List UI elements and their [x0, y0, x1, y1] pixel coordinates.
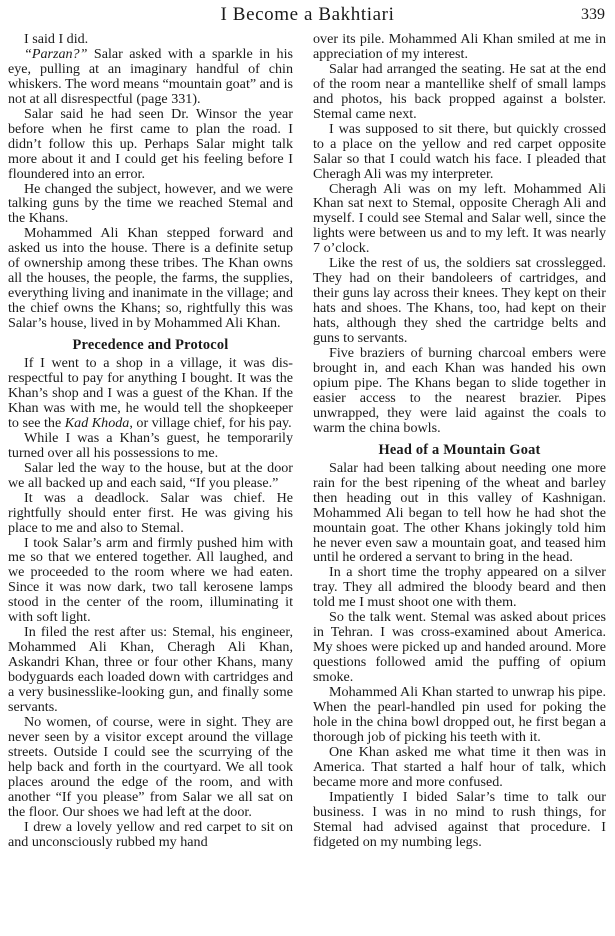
book-page: I Become a Bakhtiari 339 I said I did. “…: [0, 0, 615, 936]
paragraph-text: , or village chief, for his pay.: [129, 415, 291, 431]
paragraph: over its pile. Mohammed Ali Khan smiled …: [313, 32, 606, 62]
paragraph: “Parzan?” Salar asked with a sparkle in …: [8, 47, 293, 107]
paragraph: It was a deadlock. Salar was chief. He r…: [8, 491, 293, 536]
running-head: I Become a Bakhtiari 339: [0, 4, 615, 28]
paragraph: He changed the subject, however, and we …: [8, 182, 293, 227]
paragraph: Like the rest of us, the soldiers sat cr…: [313, 256, 606, 346]
paragraph: Salar had been talking about needing one…: [313, 461, 606, 566]
paragraph: I said I did.: [8, 32, 293, 47]
paragraph: Salar said he had seen Dr. Winsor the ye…: [8, 107, 293, 182]
paragraph: In filed the rest after us: Stemal, his …: [8, 625, 293, 715]
right-column: over its pile. Mohammed Ali Khan smiled …: [313, 32, 606, 850]
italic-term: “Parzan?”: [24, 46, 87, 62]
paragraph: I was supposed to sit there, but quickly…: [313, 122, 606, 182]
paragraph: No women, of course, were in sight. They…: [8, 715, 293, 820]
italic-term: Kad Khoda: [65, 415, 130, 431]
paragraph: While I was a Khan’s guest, he temporari…: [8, 431, 293, 461]
paragraph: Mohammed Ali Khan started to unwrap his …: [313, 685, 606, 745]
paragraph: Cheragh Ali was on my left. Mohammed Ali…: [313, 182, 606, 257]
section-heading: Head of a Mountain Goat: [313, 442, 606, 459]
paragraph: Five braziers of burning charcoal embers…: [313, 346, 606, 436]
paragraph: Salar led the way to the house, but at t…: [8, 461, 293, 491]
paragraph: Mohammed Ali Khan stepped forward and as…: [8, 226, 293, 331]
paragraph: One Khan asked me what time it then was …: [313, 745, 606, 790]
section-heading: Precedence and Protocol: [8, 337, 293, 354]
paragraph: Salar had arranged the seating. He sat a…: [313, 62, 606, 122]
paragraph: I drew a lovely yellow and red carpet to…: [8, 820, 293, 850]
paragraph: I took Salar’s arm and firmly pushed him…: [8, 536, 293, 626]
paragraph: So the talk went. Stemal was asked about…: [313, 610, 606, 685]
running-title: I Become a Bakhtiari: [0, 4, 615, 26]
left-column: I said I did. “Parzan?” Salar asked with…: [8, 32, 293, 850]
page-number: 339: [581, 6, 605, 24]
paragraph: In a short time the trophy appeared on a…: [313, 565, 606, 610]
paragraph: If I went to a shop in a village, it was…: [8, 356, 293, 431]
paragraph: Impatiently I bided Salar’s time to talk…: [313, 790, 606, 850]
